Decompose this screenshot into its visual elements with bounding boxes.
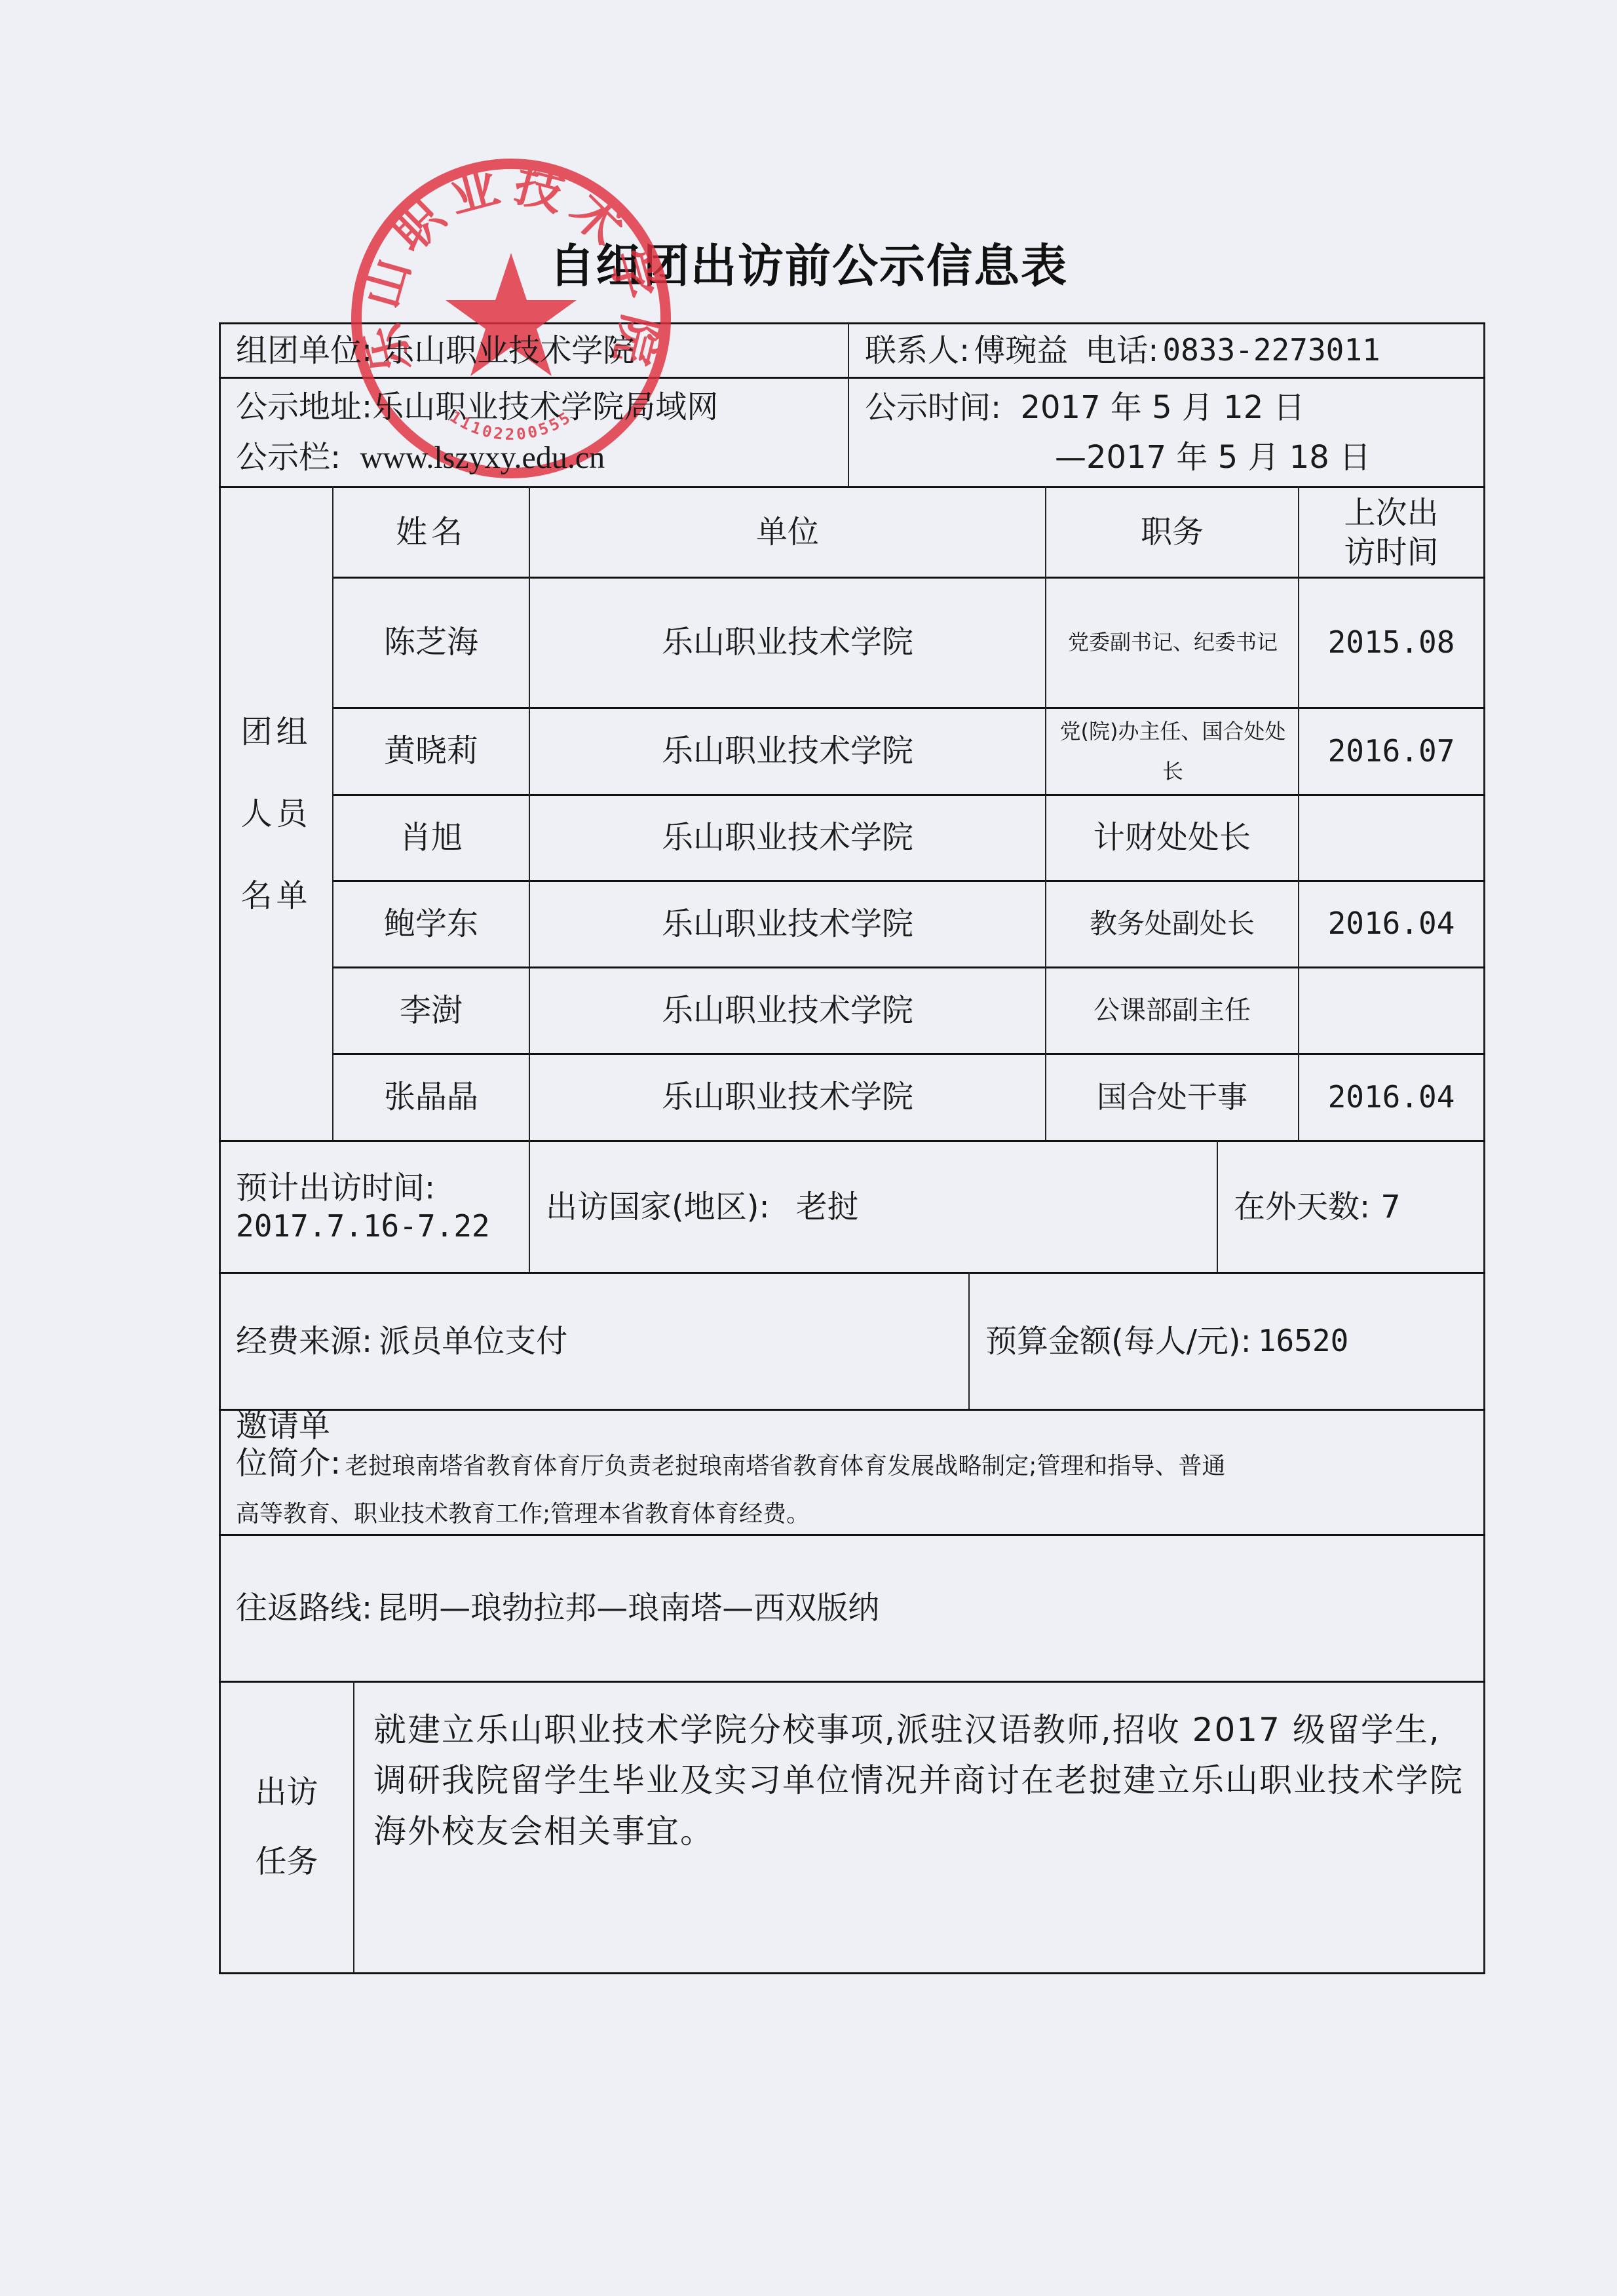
route-value: 昆明—琅勃拉邦—琅南塔—西双版纳 [376, 1588, 879, 1628]
inviter-label-line2: 位简介: [236, 1445, 341, 1482]
header-line: 访时间 [1344, 533, 1438, 572]
member-unit: 乐山职业技术学院 [530, 881, 1045, 966]
days-label: 在外天数: [1234, 1187, 1370, 1227]
funding-field: 经费来源: 派员单位支付 [220, 1274, 968, 1409]
document-title: 自组团出访前公示信息表 [0, 229, 1617, 296]
member-unit: 乐山职业技术学院 [530, 1054, 1045, 1140]
inviter-label-line1: 邀请单 [236, 1408, 330, 1444]
period-field: 公示时间: 2017 年 5 月 12 日 —2017 年 5 月 18 日 [849, 379, 1483, 486]
member-position: 公课部副主任 [1046, 968, 1298, 1053]
period-end: —2017 年 5 月 18 日 [1055, 439, 1371, 476]
section-label-line: 名单 [240, 855, 311, 937]
member-position: 教务处副处长 [1046, 881, 1298, 966]
column-header-name: 姓名 [333, 488, 529, 577]
section-label-line: 团组 [240, 691, 311, 773]
member-name: 黄晓莉 [333, 708, 529, 794]
board-label: 公示栏: [236, 439, 341, 476]
document-page: 自组团出访前公示信息表 乐山职业技术学院 5111022005551 [0, 0, 1617, 2296]
member-last-visit [1299, 968, 1483, 1053]
member-name: 李澍 [333, 968, 529, 1053]
member-name: 鲍学东 [333, 881, 529, 966]
country-value: 老挝 [796, 1187, 859, 1227]
members-section-label: 团组 人员 名单 [220, 488, 332, 1140]
period-start: 2017 年 5 月 12 日 [1020, 389, 1304, 426]
header-line: 上次出 [1344, 493, 1438, 533]
trip-time-field: 预计出访时间: 2017.7.16-7.22 [220, 1142, 529, 1272]
member-position: 党(院)办主任、国合处处长 [1055, 708, 1291, 794]
mission-label-line: 任务 [255, 1827, 318, 1897]
board-url: www.lszyxy.edu.cn [360, 440, 605, 475]
mission-label: 出访 任务 [220, 1683, 353, 1972]
address-value: 乐山职业技术学院局域网 [372, 389, 718, 425]
member-unit: 乐山职业技术学院 [530, 795, 1045, 880]
country-label: 出访国家(地区): [546, 1187, 770, 1227]
trip-time-label: 预计出访时间: [236, 1168, 435, 1208]
member-name: 张晶晶 [333, 1054, 529, 1140]
funding-value: 派员单位支付 [379, 1321, 567, 1362]
contact-name: 傅琬益 [974, 330, 1068, 371]
member-position: 党委副书记、纪委书记 [1055, 578, 1291, 707]
budget-field: 预算金额(每人/元): 16520 [970, 1274, 1483, 1409]
contact-label: 联系人: [865, 330, 970, 371]
column-header-position: 职务 [1046, 488, 1298, 577]
inviter-text-line2: 高等教育、职业技术教育工作;管理本省教育体育经费。 [236, 1492, 810, 1537]
address-label: 公示地址: [236, 389, 372, 425]
contact-field: 联系人: 傅琬益 电话: 0833-2273011 [849, 324, 1483, 377]
section-label-line: 人员 [240, 773, 311, 855]
member-name: 陈芝海 [333, 578, 529, 707]
days-value: 7 [1380, 1187, 1401, 1227]
days-field: 在外天数: 7 [1218, 1142, 1483, 1272]
column-header-unit: 单位 [530, 488, 1045, 577]
member-last-visit: 2016.07 [1299, 708, 1483, 794]
organizer-field: 组团单位: 乐山职业技术学院 [220, 324, 848, 377]
organizer-value: 乐山职业技术学院 [383, 330, 634, 371]
country-field: 出访国家(地区): 老挝 [530, 1142, 1217, 1272]
budget-value: 16520 [1258, 1322, 1348, 1361]
member-position: 计财处处长 [1046, 795, 1298, 880]
member-unit: 乐山职业技术学院 [530, 708, 1045, 794]
budget-label: 预算金额(每人/元): [985, 1321, 1251, 1362]
inviter-field: 邀请单 位简介: 老挝琅南塔省教育体育厅负责老挝琅南塔省教育体育发展战略制定;管… [220, 1411, 1483, 1534]
member-unit: 乐山职业技术学院 [530, 968, 1045, 1053]
period-label: 公示时间: [865, 389, 1001, 426]
mission-text: 就建立乐山职业技术学院分校事项,派驻汉语教师,招收 2017 级留学生,调研我院… [373, 1683, 1474, 1879]
column-header-last-visit: 上次出 访时间 [1299, 488, 1483, 577]
member-last-visit: 2016.04 [1299, 1054, 1483, 1140]
member-unit: 乐山职业技术学院 [530, 578, 1045, 707]
inviter-text-line1: 老挝琅南塔省教育体育厅负责老挝琅南塔省教育体育发展战略制定;管理和指导、普通 [345, 1444, 1225, 1489]
route-label: 往返路线: [236, 1588, 372, 1628]
funding-label: 经费来源: [236, 1321, 372, 1362]
member-last-visit: 2016.04 [1299, 881, 1483, 966]
route-field: 往返路线: 昆明—琅勃拉邦—琅南塔—西双版纳 [220, 1536, 1483, 1681]
phone-value: 0833-2273011 [1162, 331, 1380, 370]
member-last-visit: 2015.08 [1299, 578, 1483, 707]
mission-label-line: 出访 [255, 1758, 318, 1827]
member-last-visit [1299, 795, 1483, 880]
trip-time-value: 2017.7.16-7.22 [236, 1208, 490, 1246]
phone-label: 电话: [1085, 330, 1158, 371]
organizer-label: 组团单位: [236, 330, 372, 371]
address-field: 公示地址:乐山职业技术学院局域网 公示栏: www.lszyxy.edu.cn [220, 379, 848, 486]
member-name: 肖旭 [333, 795, 529, 880]
member-position: 国合处干事 [1046, 1054, 1298, 1140]
